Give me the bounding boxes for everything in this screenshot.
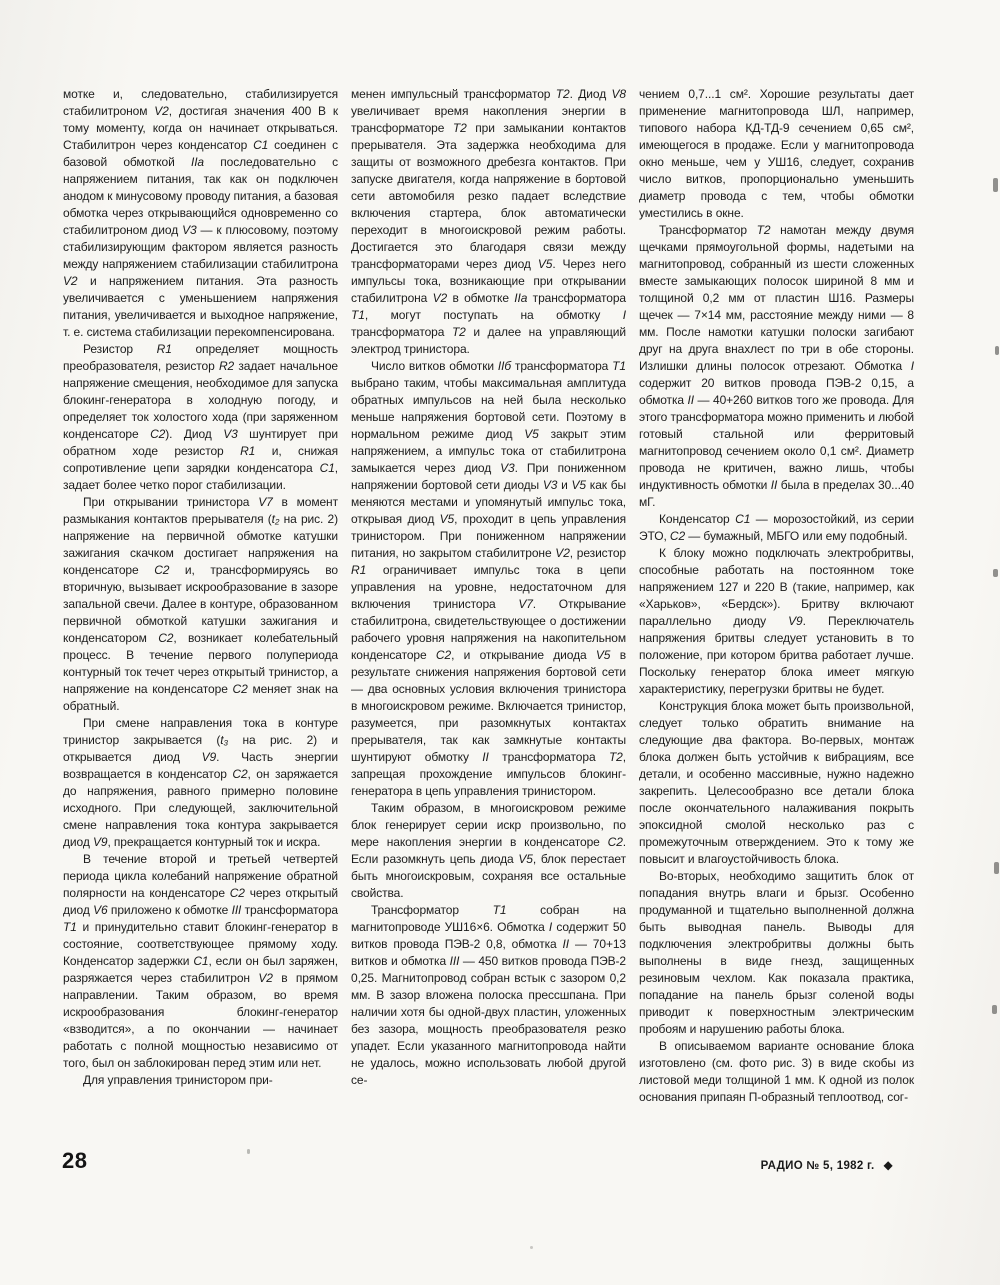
- article-body: мотке и, следовательно, стабилизируется …: [63, 86, 914, 1106]
- journal-footer: РАДИО № 5, 1982 г.◆: [761, 1158, 893, 1172]
- paragraph: В описываемом варианте основание блока и…: [639, 1038, 914, 1106]
- paragraph: Резистор R1 определяет мощность преобраз…: [63, 341, 338, 494]
- scan-artifact: [993, 178, 998, 192]
- paragraph: При смене направления тока в контуре три…: [63, 715, 338, 851]
- text-column-3: чением 0,7...1 см². Хорошие результаты д…: [639, 86, 914, 1106]
- scan-artifact: [993, 569, 998, 577]
- text-column-2: менен импульсный трансформатор T2. Диод …: [351, 86, 626, 1106]
- scan-artifact: [530, 1246, 533, 1249]
- scan-artifact: [992, 1005, 997, 1014]
- journal-footer-text: РАДИО № 5, 1982 г.: [761, 1160, 875, 1172]
- paragraph: При открывании тринистора V7 в момент ра…: [63, 494, 338, 715]
- paragraph: В течение второй и третьей четвертей пер…: [63, 851, 338, 1072]
- scan-artifact: [994, 862, 999, 874]
- paragraph: мотке и, следовательно, стабилизируется …: [63, 86, 338, 341]
- paragraph: Конструкция блока может быть произвольно…: [639, 698, 914, 868]
- text-column-1: мотке и, следовательно, стабилизируется …: [63, 86, 338, 1106]
- paragraph: Трансформатор T1 собран на магнитопровод…: [351, 902, 626, 1089]
- paragraph: менен импульсный трансформатор T2. Диод …: [351, 86, 626, 358]
- paragraph: Для управления тринистором при-: [63, 1072, 338, 1089]
- scan-artifact: [995, 346, 999, 355]
- page-number: 28: [62, 1148, 87, 1174]
- scan-artifact: [247, 1149, 250, 1154]
- paragraph: Во-вторых, необходимо защитить блок от п…: [639, 868, 914, 1038]
- paragraph: чением 0,7...1 см². Хорошие результаты д…: [639, 86, 914, 222]
- paragraph: Таким образом, в многоискровом режиме бл…: [351, 800, 626, 902]
- paragraph: Конденсатор C1 — морозостойкий, из серии…: [639, 511, 914, 545]
- magazine-page: мотке и, следовательно, стабилизируется …: [0, 0, 1000, 1285]
- paragraph: К блоку можно подключать электробритвы, …: [639, 545, 914, 698]
- paragraph: Трансформатор T2 намотан между двумя щеч…: [639, 222, 914, 511]
- diamond-icon: ◆: [883, 1158, 893, 1172]
- paragraph: Число витков обмотки IIб трансформатора …: [351, 358, 626, 800]
